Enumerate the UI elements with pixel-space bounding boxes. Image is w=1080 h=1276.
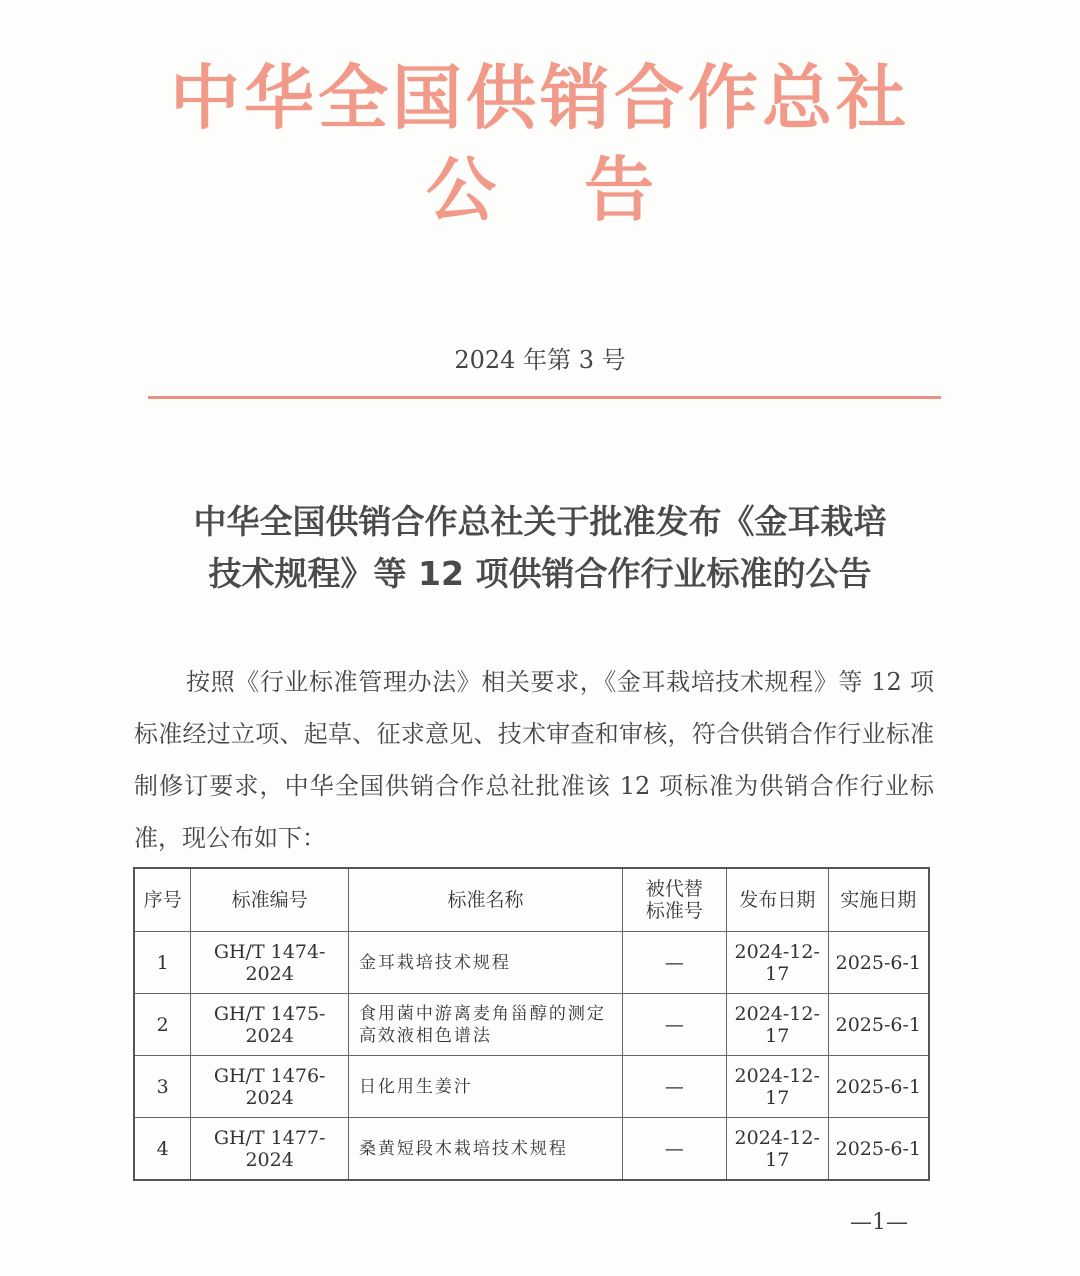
table-header-row: 序号 标准编号 标准名称 被代替标准号 发布日期 实施日期 <box>134 868 929 932</box>
announcement-title: 中华全国供销合作总社关于批准发布《金耳栽培 技术规程》等 12 项供销合作行业标… <box>100 496 980 600</box>
cell-publish: 2024-12-17 <box>726 1118 828 1181</box>
organization-header: 中华全国供销合作总社 <box>0 58 1080 138</box>
cell-code: GH/T 1476-2024 <box>191 1056 349 1118</box>
cell-publish: 2024-12-17 <box>726 1056 828 1118</box>
cell-name: 桑黄短段木栽培技术规程 <box>348 1118 622 1181</box>
red-divider <box>148 396 941 399</box>
header-replaced: 被代替标准号 <box>622 868 726 932</box>
cell-no: 1 <box>134 932 191 994</box>
body-paragraph-container: 按照《行业标准管理办法》相关要求，《金耳栽培技术规程》等 12 项标准经过立项、… <box>134 656 934 864</box>
cell-no: 4 <box>134 1118 191 1181</box>
cell-code: GH/T 1474-2024 <box>191 932 349 994</box>
cell-replaced: — <box>622 1056 726 1118</box>
cell-publish: 2024-12-17 <box>726 932 828 994</box>
cell-replaced: — <box>622 1118 726 1181</box>
header-code: 标准编号 <box>191 868 349 932</box>
header-effective-date: 实施日期 <box>828 868 929 932</box>
document-number: 2024 年第 3 号 <box>0 344 1080 376</box>
standards-table: 序号 标准编号 标准名称 被代替标准号 发布日期 实施日期 1 GH/T 147… <box>133 867 930 1181</box>
table-row: 4 GH/T 1477-2024 桑黄短段木栽培技术规程 — 2024-12-1… <box>134 1118 929 1181</box>
cell-publish: 2024-12-17 <box>726 994 828 1056</box>
cell-code: GH/T 1477-2024 <box>191 1118 349 1181</box>
cell-effective: 2025-6-1 <box>828 932 929 994</box>
header-publish-date: 发布日期 <box>726 868 828 932</box>
cell-replaced: — <box>622 932 726 994</box>
cell-effective: 2025-6-1 <box>828 1118 929 1181</box>
page-number: —1— <box>850 1210 908 1235</box>
title-line-1: 中华全国供销合作总社关于批准发布《金耳栽培 <box>100 496 980 548</box>
cell-name: 金耳栽培技术规程 <box>348 932 622 994</box>
doc-type-header: 公告 <box>0 150 1080 230</box>
table-row: 2 GH/T 1475-2024 食用菌中游离麦角甾醇的测定 高效液相色谱法 —… <box>134 994 929 1056</box>
title-line-2: 技术规程》等 12 项供销合作行业标准的公告 <box>100 548 980 600</box>
cell-replaced: — <box>622 994 726 1056</box>
header-no: 序号 <box>134 868 191 932</box>
cell-name: 日化用生姜汁 <box>348 1056 622 1118</box>
cell-effective: 2025-6-1 <box>828 1056 929 1118</box>
cell-effective: 2025-6-1 <box>828 994 929 1056</box>
cell-no: 2 <box>134 994 191 1056</box>
doc-type-char-1: 公 <box>426 150 496 230</box>
cell-name: 食用菌中游离麦角甾醇的测定 高效液相色谱法 <box>348 994 622 1056</box>
cell-no: 3 <box>134 1056 191 1118</box>
table-row: 1 GH/T 1474-2024 金耳栽培技术规程 — 2024-12-17 2… <box>134 932 929 994</box>
doc-type-char-2: 告 <box>584 150 654 230</box>
table-row: 3 GH/T 1476-2024 日化用生姜汁 — 2024-12-17 202… <box>134 1056 929 1118</box>
body-paragraph: 按照《行业标准管理办法》相关要求，《金耳栽培技术规程》等 12 项标准经过立项、… <box>134 656 934 864</box>
header-name: 标准名称 <box>348 868 622 932</box>
cell-code: GH/T 1475-2024 <box>191 994 349 1056</box>
